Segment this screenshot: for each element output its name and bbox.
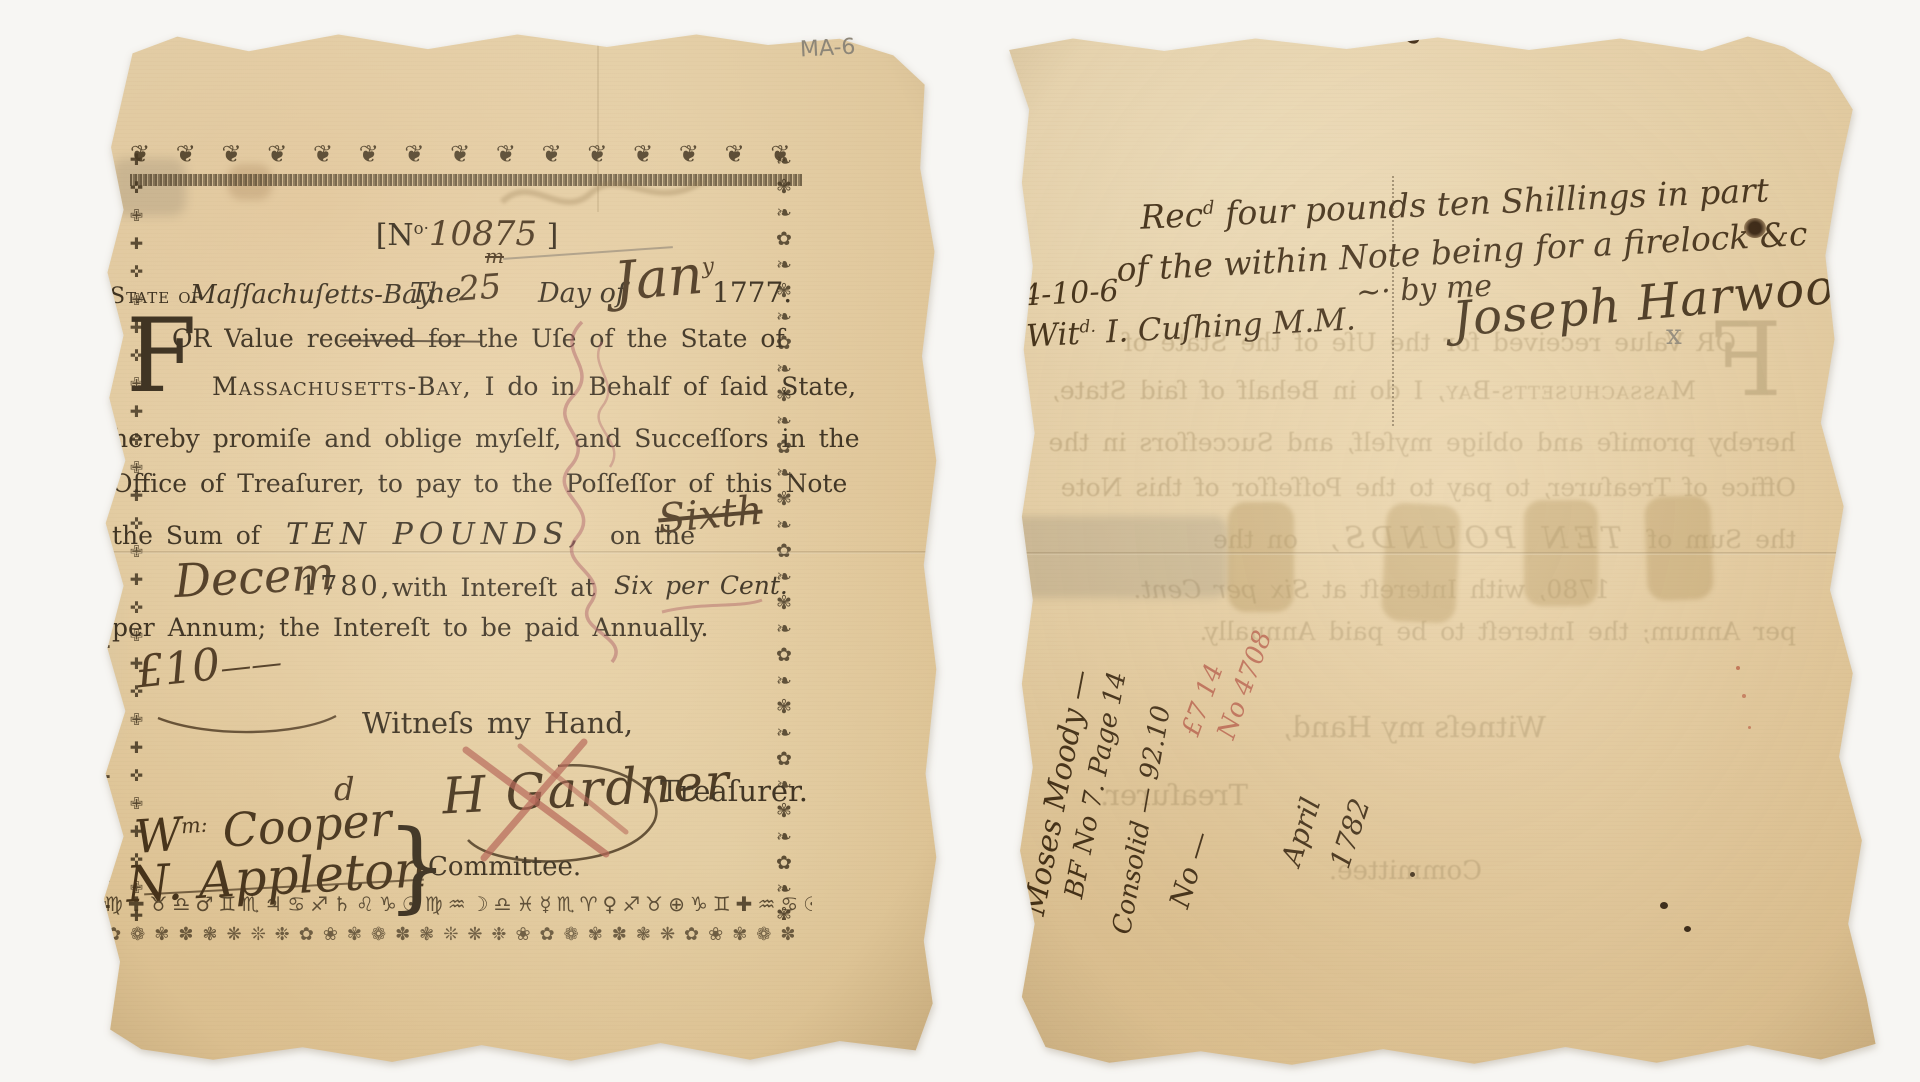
note-back-sheet: F OR Value received for the Uſe of the S… <box>1000 26 1912 1070</box>
gray-stain-band <box>1000 516 1228 598</box>
red-speck-1 <box>1736 666 1740 670</box>
state-name: Maſſachuſetts-Bay. <box>190 280 437 310</box>
ghost-line2-sc: Massachusetts-Bay, <box>1436 376 1696 405</box>
day-of-label: Day of <box>538 278 626 309</box>
ink-blot-firelock <box>1744 218 1766 238</box>
ghost-treasurer: Treaſurer. <box>1100 778 1248 812</box>
ink-speck-3 <box>1410 872 1415 877</box>
border-left-column-a: ✠✚☿✛♄✚✙♃✚✛☽✚✠♀✚✙♂✛✚☉✛✚♄✚☿✛✚♃✙✚ <box>64 150 81 950</box>
ghost-witness: Witneſs my Hand, <box>1283 710 1546 744</box>
witness-my-hand: Witneſs my Hand, <box>362 706 633 740</box>
serial-no-abbrev: o· <box>414 219 429 238</box>
serial-open-bracket: [N <box>376 218 414 253</box>
ghost-dropcap: F <box>1711 318 1782 405</box>
tape-stain-2 <box>1381 502 1461 624</box>
day-number-handwritten: 25 <box>457 267 503 310</box>
year-1780: 1780, <box>300 571 392 602</box>
showthrough-squiggle <box>482 142 722 262</box>
border-left-column-b-top: ✛✚✜✚✛✚✜✚✛✚ <box>96 150 111 414</box>
ghost-line2-rest: I do in Behalf of ſaid State, <box>1052 376 1423 405</box>
ghost-line-3: hereby promiſe and oblige myſelf, and Su… <box>1048 428 1796 457</box>
treasurer-label: Treaſurer. <box>660 774 808 808</box>
red-speck-3 <box>1748 726 1751 729</box>
harwood-signature: Joseph Harwood <box>1450 256 1868 348</box>
tape-stain-3 <box>1524 500 1598 606</box>
note-front-paper: ❦ ❦ ❦ ❦ ❦ ❦ ❦ ❦ ❦ ❦ ❦ ❦ ❦ ❦ ❦ ❦ ❦ ❦ ❦ ❦ … <box>52 22 947 1066</box>
tape-stain-1 <box>1228 502 1294 612</box>
wit-abbrev: Wit <box>1025 316 1081 355</box>
edge-repair-patch <box>52 578 120 748</box>
border-bottom-row-floral: ❀✿❁✾✽❃❋❊❉✿❀✾❁✽❃❊❋❉❀✿❁✾✽❃❋✿❀✾❁✽ <box>82 924 812 954</box>
committee-label: Committee. <box>428 852 581 882</box>
note-back-paper: F OR Value received for the Uſe of the S… <box>1000 26 1912 1070</box>
red-cancellation-x <box>456 736 636 866</box>
red-speck-2 <box>1742 694 1746 698</box>
docket-no-blank: No — <box>1158 812 1222 927</box>
squiggle-mark: ~· <box>1355 274 1391 311</box>
the-word: The <box>410 278 461 309</box>
recd-abbrev: Rec <box>1139 195 1204 237</box>
note-front-sheet: ❦ ❦ ❦ ❦ ❦ ❦ ❦ ❦ ❦ ❦ ❦ ❦ ❦ ❦ ❦ ❦ ❦ ❦ ❦ ❦ … <box>52 22 947 1066</box>
scan-canvas: ❦ ❦ ❦ ❦ ❦ ❦ ❦ ❦ ❦ ❦ ❦ ❦ ❦ ❦ ❦ ❦ ❦ ❦ ❦ ❦ … <box>0 0 1920 1082</box>
pencil-x-mark: x <box>1666 318 1682 351</box>
wit-superscript: d. <box>1079 317 1096 338</box>
amount-pounds: £10 <box>134 639 223 698</box>
cushing-text: I. Cuſhing M.M. <box>1095 301 1356 351</box>
pencil-catalog-number: MA-6 <box>799 35 856 63</box>
ghost-line-2: Massachusetts-Bay, I do in Behalf of ſai… <box>1052 376 1696 405</box>
tape-stain-4 <box>1644 495 1714 601</box>
year-printed: 1777. <box>712 276 792 309</box>
massachusetts-bay-smallcaps: Massachusetts-Bay, <box>212 372 472 401</box>
amount-flourish <box>148 710 348 744</box>
amount-annotation: £10—— <box>134 633 284 699</box>
ink-blot-top <box>1402 27 1422 46</box>
red-cancellation-script <box>452 312 772 672</box>
sum-of-label: the Sum of <box>112 521 260 550</box>
amount-4-10-6: 4-10-6 <box>1021 273 1119 313</box>
ink-speck-2 <box>1684 926 1691 932</box>
amount-dash: —— <box>219 644 284 686</box>
ghost-line-7: per Annum; the Intereſt to be paid Annua… <box>1200 617 1796 646</box>
ink-speck-1 <box>1660 902 1668 909</box>
cooper-superscript: m: <box>180 813 208 839</box>
bounty-note-vertical-label: —[BOUNTY NOTE]— <box>94 418 109 634</box>
